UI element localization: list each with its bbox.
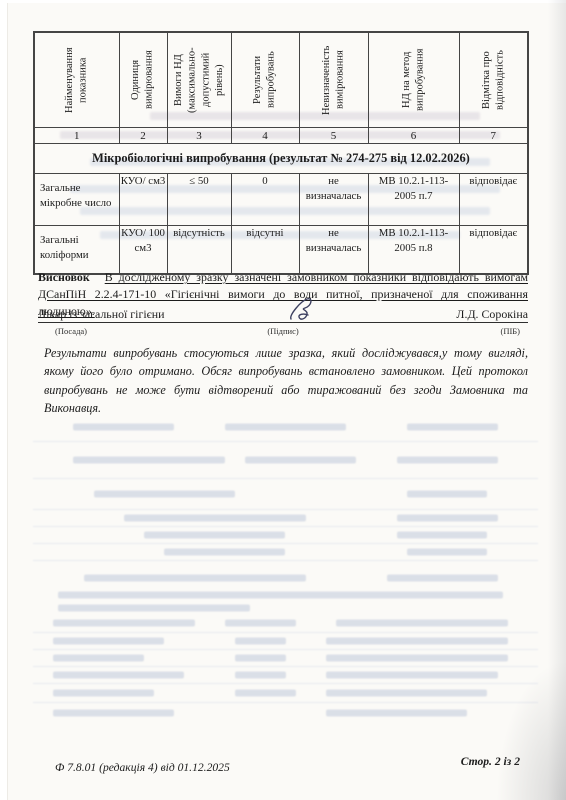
bleed-smudge: [397, 457, 498, 464]
bleed-smudge: [235, 638, 286, 645]
scanner-edge-strip: [0, 0, 566, 3]
bleed-smudge: [53, 672, 184, 679]
column-number: 4: [231, 128, 299, 144]
column-header-results: Результати випробувань: [231, 32, 299, 128]
bleed-smudge: [336, 620, 508, 627]
bleed-smudge: [58, 604, 250, 611]
signature-sublabels: (Посада) (Підпис) (ПІБ): [38, 326, 528, 338]
cell-unit: КУО/ 100 см3: [119, 226, 167, 275]
column-header-label: Невизначеність вимірювання: [320, 36, 347, 124]
table-header-row: Найменування показника Одиниця вимірюван…: [34, 32, 528, 128]
bleedthrough-row: [33, 633, 538, 650]
bleed-smudge: [53, 620, 194, 627]
bleed-smudge: [407, 424, 498, 431]
cell-requirement: відсутність: [167, 226, 231, 275]
column-number: 7: [459, 128, 528, 144]
column-number: 2: [119, 128, 167, 144]
bleed-smudge: [387, 575, 498, 582]
bleed-smudge: [235, 690, 296, 697]
bleed-smudge: [94, 491, 235, 498]
bleedthrough-row: [33, 479, 538, 510]
cell-conformity: відповідає: [459, 226, 528, 275]
page-bleedthrough-lower: [33, 588, 538, 732]
bleed-smudge: [326, 710, 467, 717]
column-number: 3: [167, 128, 231, 144]
column-header-label: НД на метод випробування: [400, 36, 427, 124]
bleed-smudge: [164, 549, 285, 556]
column-number-row: 1 2 3 4 5 6 7: [34, 128, 528, 144]
signature-mark: [281, 295, 323, 325]
bleedthrough-row: [33, 601, 538, 614]
bleedthrough-row: [33, 588, 538, 601]
column-header-conformity: Відмітка про відповідність: [459, 32, 528, 128]
bleedthrough-row: [33, 667, 538, 684]
bleed-smudge: [53, 638, 164, 645]
bleed-smudge: [53, 710, 174, 717]
column-header-label: Вимоги НД (максимально-допустимий рівень…: [172, 36, 227, 124]
sign-sublabel: (Підпис): [267, 326, 298, 336]
name-sublabel: (ПІБ): [500, 326, 520, 336]
bleed-smudge: [397, 515, 498, 522]
form-reference: Ф 7.8.01 (редакція 4) від 01.12.2025: [55, 761, 230, 774]
cell-method: МВ 10.2.1-113-2005 п.7: [368, 174, 459, 226]
column-header-method: НД на метод випробування: [368, 32, 459, 128]
bleed-smudge: [235, 672, 286, 679]
cell-indicator-name: Загальні коліформи: [34, 226, 119, 275]
bleed-smudge: [144, 532, 285, 539]
page-bleedthrough-upper: [33, 413, 538, 585]
scanned-protocol-page: Найменування показника Одиниця вимірюван…: [0, 0, 566, 800]
scanner-corner-shadow: [496, 660, 566, 800]
signer-position: Лікар із загальної гігієни: [38, 307, 165, 322]
position-sublabel: (Посада): [55, 326, 87, 336]
conclusion-label: Висновок: [38, 270, 90, 284]
bleed-smudge: [225, 620, 296, 627]
cell-conformity: відповідає: [459, 174, 528, 226]
bleed-smudge: [73, 457, 225, 464]
bleedthrough-row: [33, 684, 538, 703]
cell-result: відсутні: [231, 226, 299, 275]
cell-result: 0: [231, 174, 299, 226]
section-title: Мікробіологічні випробування (результат …: [34, 144, 528, 174]
bleedthrough-row: [33, 413, 538, 442]
section-title-row: Мікробіологічні випробування (результат …: [34, 144, 528, 174]
column-header-unit: Одиниця вимірювання: [119, 32, 167, 128]
bleed-smudge: [326, 655, 508, 662]
bleedthrough-row: [33, 527, 538, 544]
column-number: 6: [368, 128, 459, 144]
cell-unit: КУО/ см3: [119, 174, 167, 226]
scanner-edge-strip: [0, 0, 8, 800]
column-header-label: Одиниця вимірювання: [129, 36, 156, 124]
bleedthrough-row: [33, 650, 538, 667]
bleed-smudge: [235, 655, 286, 662]
column-header-requirements: Вимоги НД (максимально-допустимий рівень…: [167, 32, 231, 128]
bleed-smudge: [53, 690, 154, 697]
bleedthrough-row: [33, 614, 538, 633]
bleed-smudge: [53, 655, 144, 662]
bleed-smudge: [326, 690, 488, 697]
disclaimer-paragraph: Результати випробувань стосуються лише з…: [44, 344, 528, 417]
bleed-smudge: [245, 457, 356, 464]
column-header-label: Відмітка про відповідність: [480, 36, 507, 124]
bleed-smudge: [124, 515, 306, 522]
cell-method: МВ 10.2.1-113-2005 п.8: [368, 226, 459, 275]
bleed-smudge: [58, 591, 502, 598]
bleed-smudge: [225, 424, 346, 431]
bleed-smudge: [326, 672, 498, 679]
bleedthrough-row: [33, 544, 538, 561]
table-row: Загальні коліформи КУО/ 100 см3 відсутні…: [34, 226, 528, 275]
table-row: Загальне мікробне число КУО/ см3 ≤ 50 0 …: [34, 174, 528, 226]
cell-uncertainty: не визначалась: [299, 174, 368, 226]
cell-indicator-name: Загальне мікробне число: [34, 174, 119, 226]
column-number: 1: [34, 128, 119, 144]
bleedthrough-row: [33, 510, 538, 527]
bleed-smudge: [407, 549, 488, 556]
bleed-smudge: [407, 491, 488, 498]
bleed-smudge: [397, 532, 488, 539]
cell-requirement: ≤ 50: [167, 174, 231, 226]
bleed-smudge: [84, 575, 306, 582]
cell-uncertainty: не визначалась: [299, 226, 368, 275]
bleedthrough-row: [33, 442, 538, 479]
signer-name: Л.Д. Сорокіна: [456, 307, 528, 322]
column-number: 5: [299, 128, 368, 144]
column-header-label: Найменування показника: [63, 36, 90, 124]
column-header-label: Результати випробувань: [251, 36, 278, 124]
results-table: Найменування показника Одиниця вимірюван…: [33, 31, 529, 275]
column-header-uncertainty: Невизначеність вимірювання: [299, 32, 368, 128]
signature-line: Лікар із загальної гігієни Л.Д. Сорокіна: [38, 296, 528, 323]
bleedthrough-row: [33, 561, 538, 585]
bleed-smudge: [326, 638, 508, 645]
bleed-smudge: [73, 424, 174, 431]
column-header-indicator: Найменування показника: [34, 32, 119, 128]
bleedthrough-row: [33, 703, 538, 723]
